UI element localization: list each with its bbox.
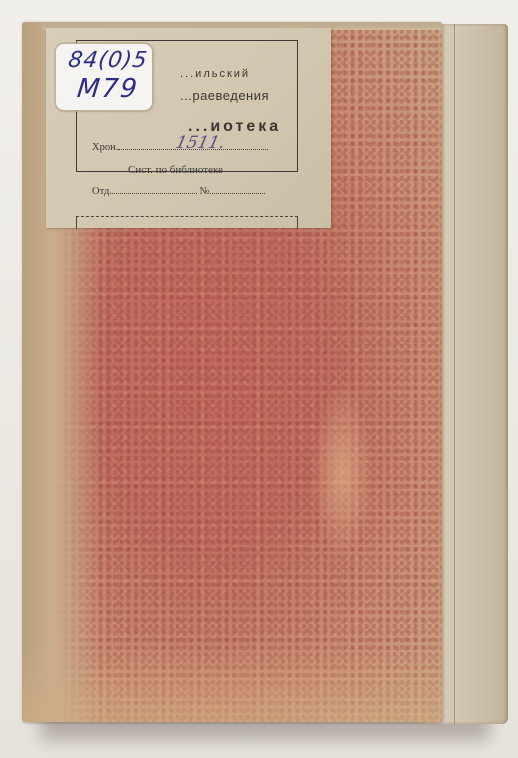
worn-bottom-edge (22, 642, 442, 722)
label-lower-border (76, 216, 298, 229)
call-number-line-2: M79 (64, 74, 151, 104)
label-row-otd: Отд. № (92, 186, 265, 197)
otd-dots (112, 193, 197, 194)
label-row-sist: Сист. по библиотеке (128, 164, 223, 176)
call-number-line-1: 84(0)5 (64, 48, 152, 73)
number-sign: № (200, 186, 210, 197)
label-line-2: ...раеведения (180, 88, 269, 103)
hron-label: Хрон. (92, 142, 118, 153)
call-number-sticker: 84(0)5 M79 (56, 44, 152, 110)
no-dots (210, 193, 265, 194)
faded-patch (312, 382, 372, 562)
book-cover: ...ильский ...раеведения ...иотека Хрон.… (22, 22, 442, 722)
label-line-1: ...ильский (180, 68, 250, 80)
handwritten-number: 1511. (174, 133, 227, 153)
book: ...ильский ...раеведения ...иотека Хрон.… (22, 22, 492, 727)
otd-label: Отд. (92, 186, 112, 197)
